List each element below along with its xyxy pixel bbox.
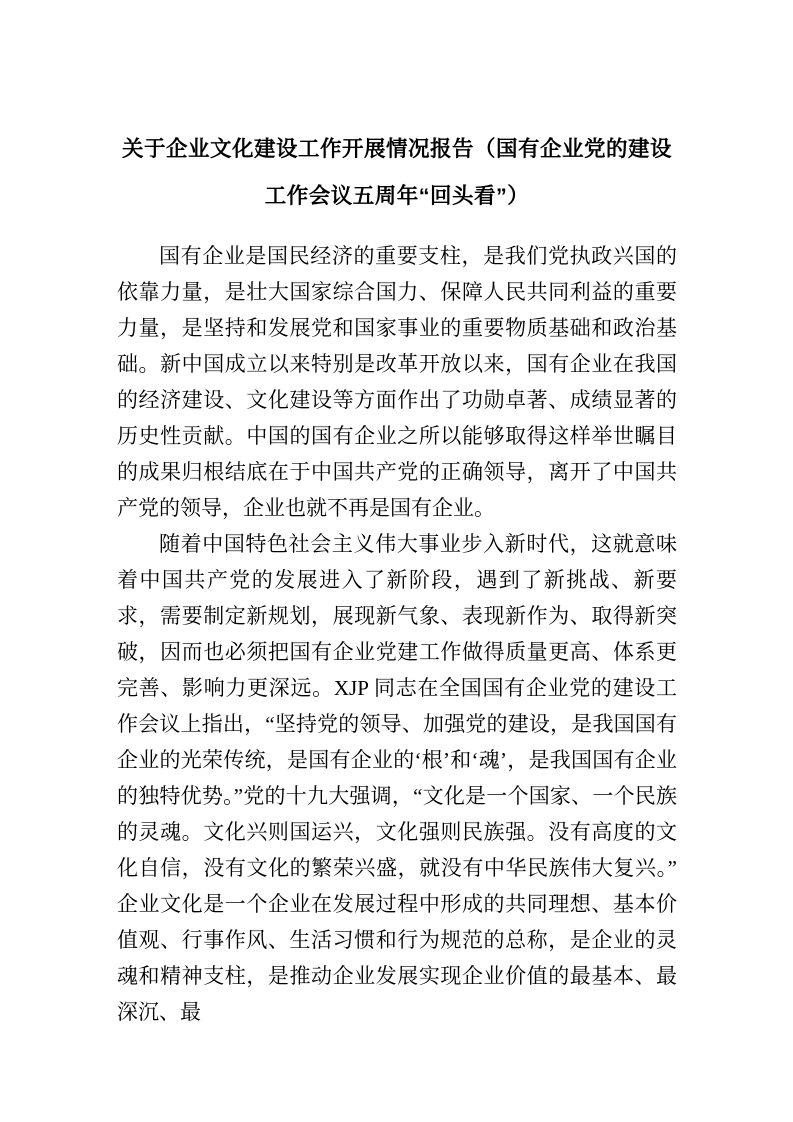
document-page: 关于企业文化建设工作开展情况报告（国有企业党的建设工作会议五周年“回头看”） 国… bbox=[0, 0, 793, 1122]
paragraph-2: 随着中国特色社会主义伟大事业步入新时代，这就意味着中国共产党的发展进入了新阶段，… bbox=[117, 526, 677, 1030]
paragraph-1: 国有企业是国民经济的重要支柱，是我们党执政兴国的依靠力量，是壮大国家综合国力、保… bbox=[117, 238, 677, 526]
document-title: 关于企业文化建设工作开展情况报告（国有企业党的建设工作会议五周年“回头看”） bbox=[117, 126, 677, 220]
